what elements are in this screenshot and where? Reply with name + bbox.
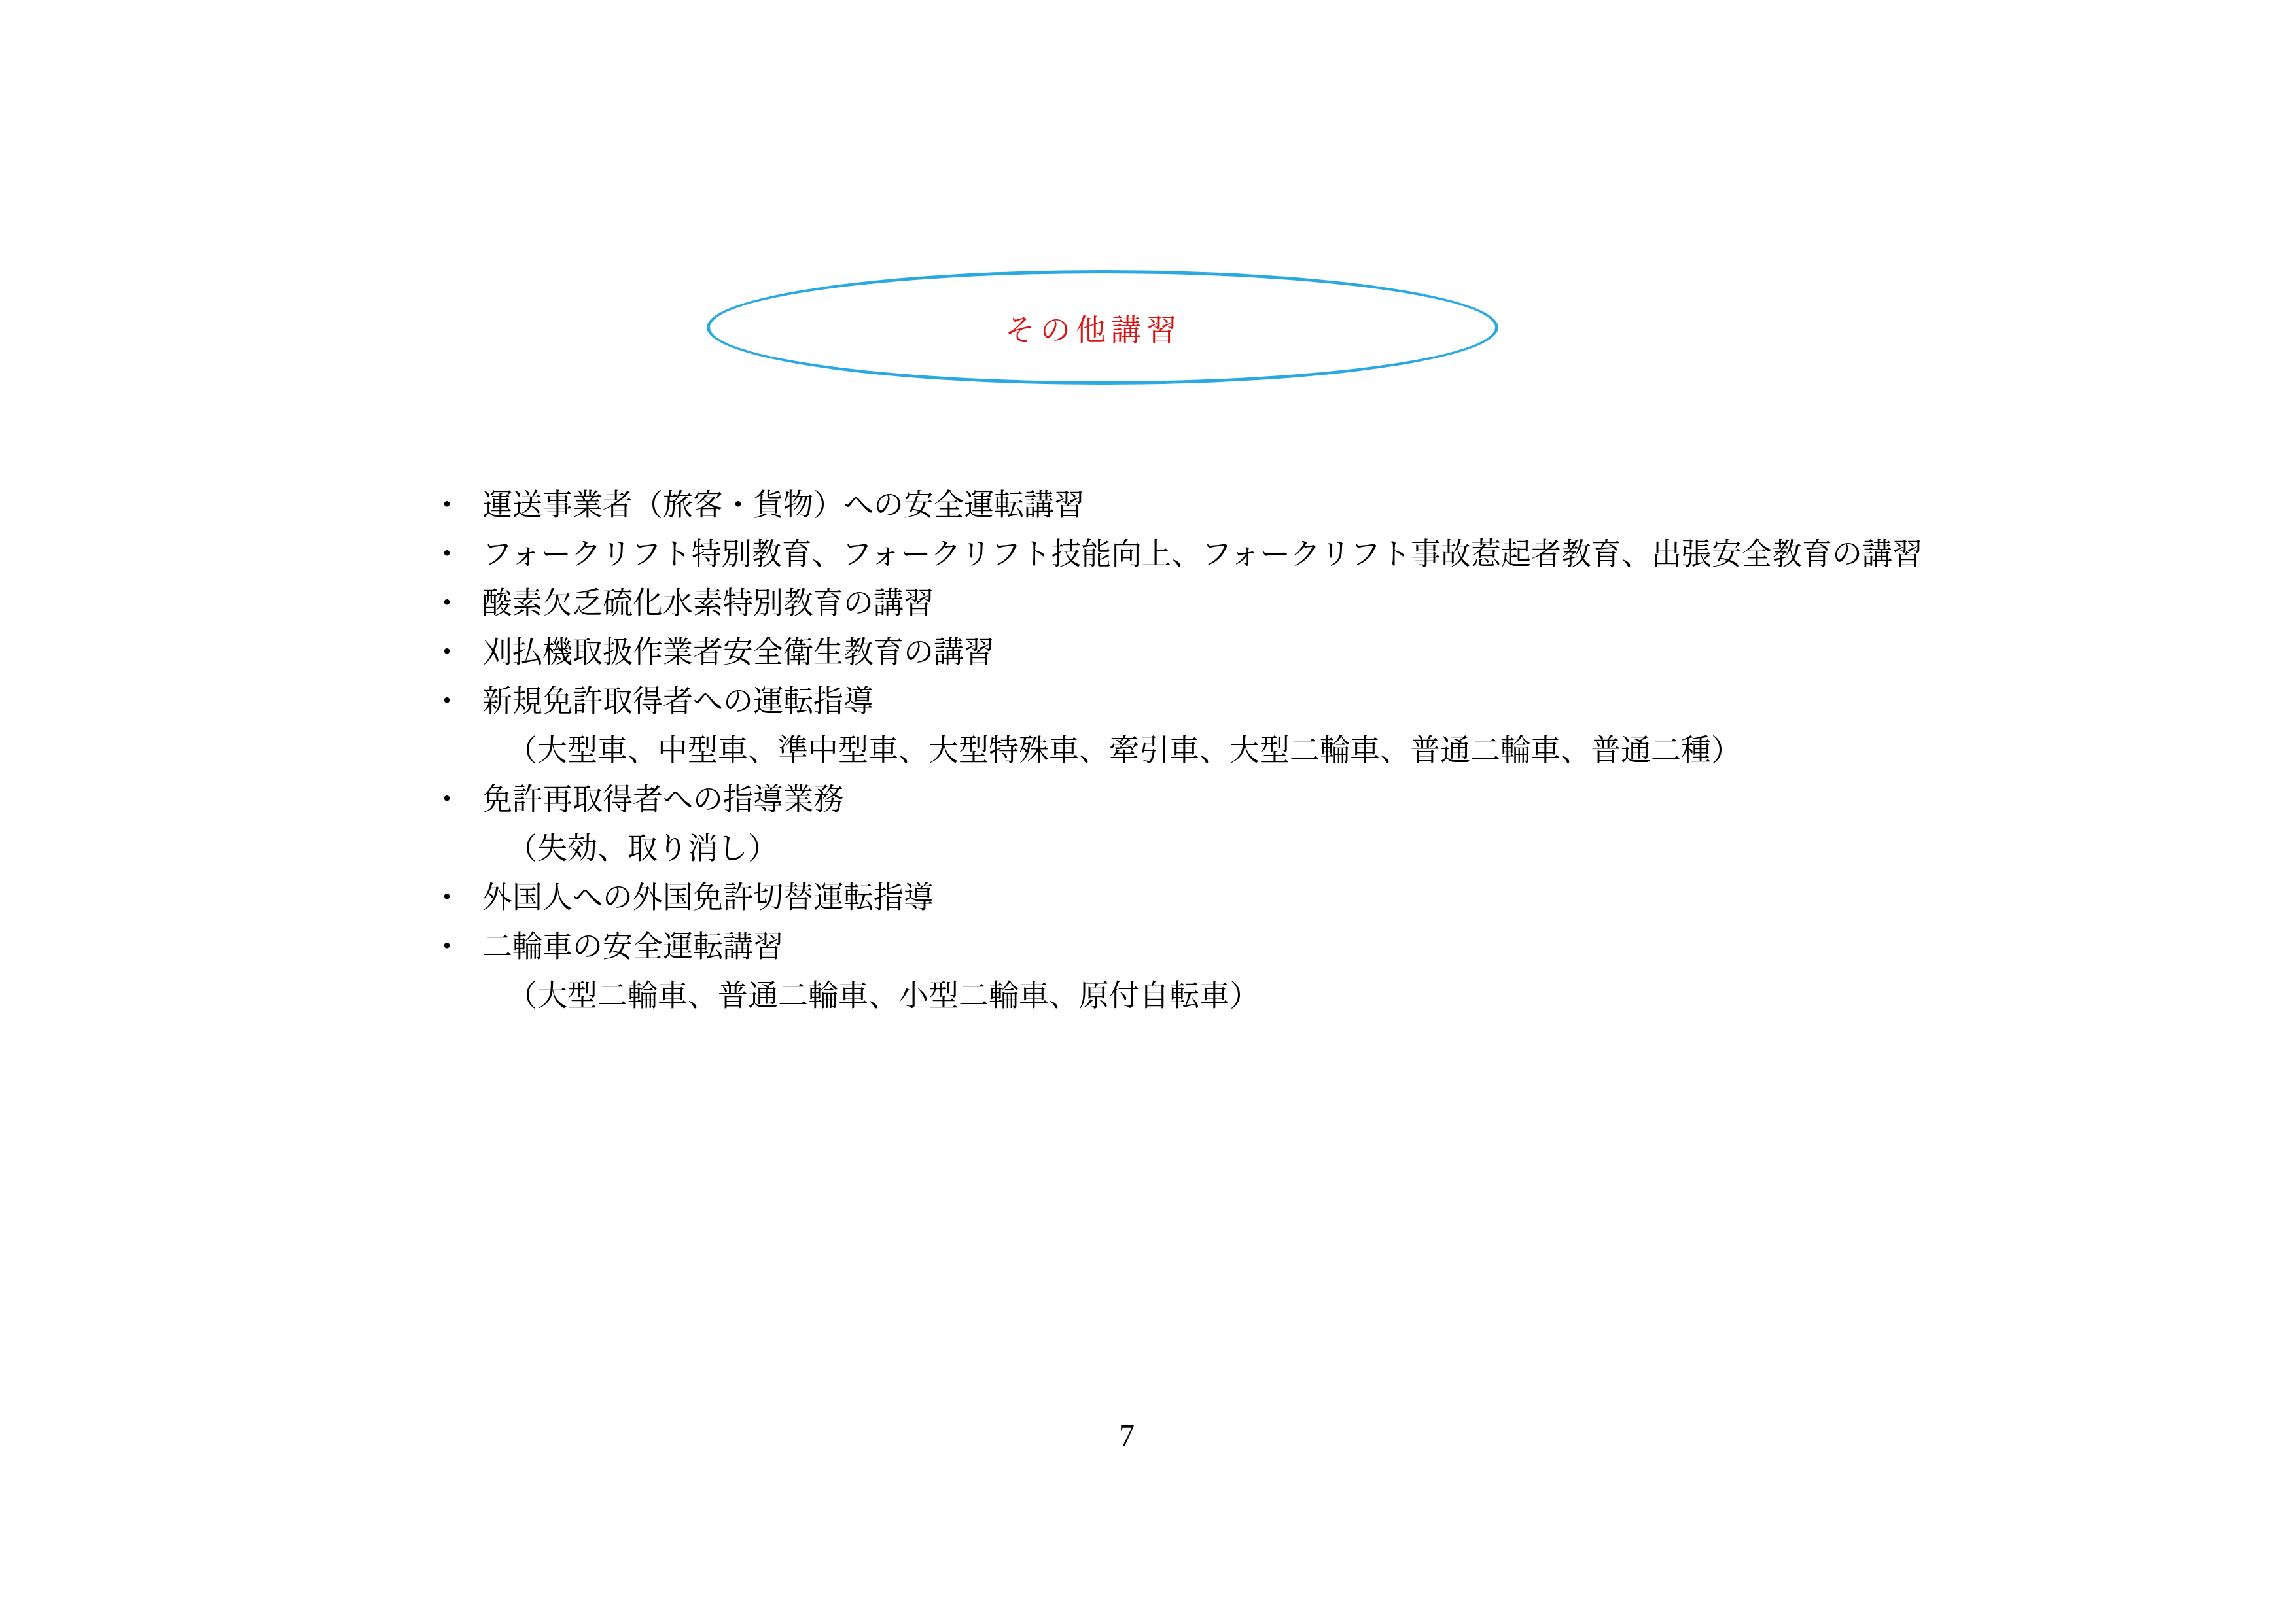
list-item-text: 外国人への外国免許切替運転指導 [482, 873, 934, 916]
list-item-continuation: （失効、取り消し） [432, 821, 2199, 870]
list-item-text: 運送事業者（旅客・貨物）への安全運転講習 [482, 481, 1084, 524]
document-page: その他講習 ・ 運送事業者（旅客・貨物）への安全運転講習 ・ フォークリフト特別… [0, 0, 2296, 1623]
bullet-icon: ・ [432, 628, 482, 671]
list-item-text: （失効、取り消し） [482, 824, 778, 867]
list-item-continuation: （大型車、中型車、準中型車、大型特殊車、牽引車、大型二輪車、普通二輪車、普通二種… [432, 723, 2199, 772]
page-title: その他講習 [1005, 306, 1182, 349]
bullet-icon: ・ [432, 922, 482, 966]
list-item: ・ 外国人への外国免許切替運転指導 [432, 870, 2199, 919]
list-item: ・ 二輪車の安全運転講習 [432, 919, 2199, 968]
list-item-text: フォークリフト特別教育、フォークリフト技能向上、フォークリフト事故惹起者教育、出… [482, 530, 1922, 573]
bullet-icon: ・ [432, 481, 482, 524]
list-item-text: 二輪車の安全運転講習 [482, 922, 783, 966]
bullet-icon: ・ [432, 873, 482, 916]
list-item: ・ 刈払機取扱作業者安全衛生教育の講習 [432, 625, 2199, 674]
list-item-text: 新規免許取得者への運転指導 [482, 677, 874, 720]
list-item-text: 刈払機取扱作業者安全衛生教育の講習 [482, 628, 994, 671]
list-item: ・ 運送事業者（旅客・貨物）への安全運転講習 [432, 478, 2199, 527]
list-item-text: 免許再取得者への指導業務 [482, 775, 843, 818]
bullet-icon: ・ [432, 677, 482, 720]
bullet-icon: ・ [432, 530, 482, 573]
course-list: ・ 運送事業者（旅客・貨物）への安全運転講習 ・ フォークリフト特別教育、フォー… [432, 478, 2199, 1017]
bullet-icon: ・ [432, 579, 482, 622]
title-ellipse: その他講習 [707, 270, 1498, 385]
list-item-text: （大型車、中型車、準中型車、大型特殊車、牽引車、大型二輪車、普通二輪車、普通二種… [482, 726, 1741, 769]
list-item-continuation: （大型二輪車、普通二輪車、小型二輪車、原付自転車） [432, 968, 2199, 1017]
list-item-text: （大型二輪車、普通二輪車、小型二輪車、原付自転車） [482, 971, 1260, 1015]
page-number: 7 [0, 1418, 2253, 1454]
bullet-icon: ・ [432, 775, 482, 818]
list-item: ・ 免許再取得者への指導業務 [432, 772, 2199, 821]
list-item: ・ 酸素欠乏硫化水素特別教育の講習 [432, 576, 2199, 625]
list-item: ・ 新規免許取得者への運転指導 [432, 674, 2199, 723]
list-item: ・ フォークリフト特別教育、フォークリフト技能向上、フォークリフト事故惹起者教育… [432, 527, 2199, 576]
list-item-text: 酸素欠乏硫化水素特別教育の講習 [482, 579, 934, 622]
